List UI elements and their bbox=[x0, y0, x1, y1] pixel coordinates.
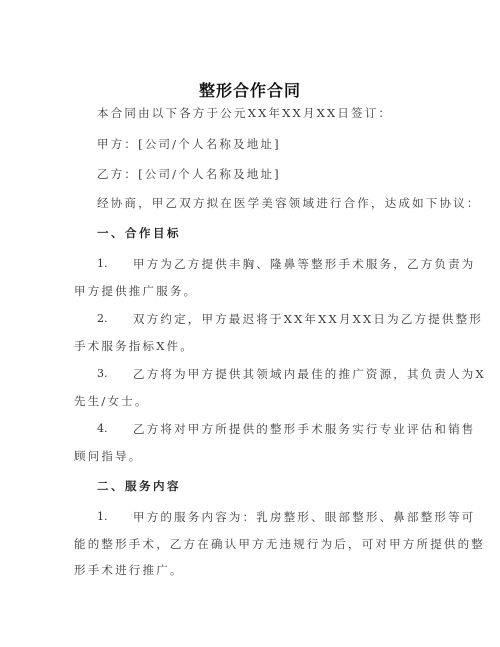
item-text-line: 乙方将为甲方提供其领域内最佳的推广资源，其负责人为X bbox=[133, 366, 486, 382]
item-text-line: 手术服务指标X件。 bbox=[74, 338, 194, 354]
party-a-text: 甲方：[公司/个人名称及地址] bbox=[97, 136, 281, 152]
item-text-line: 甲方提供推广服务。 bbox=[74, 283, 197, 299]
item-number: 2. bbox=[97, 312, 108, 325]
intro-text: 本合同由以下各方于公元XX年XX月XX日签订： bbox=[97, 105, 392, 121]
item-text-line: 双方约定，甲方最迟将于XX年XX月XX日为乙方提供整形 bbox=[133, 311, 483, 327]
item-text-line: 先生/女士。 bbox=[74, 393, 149, 409]
preamble-text: 经协商，甲乙双方拟在医学美容领域进行合作，达成如下协议： bbox=[97, 195, 481, 211]
item-text-line: 甲方为乙方提供丰胸、隆鼻等整形手术服务，乙方负责为 bbox=[133, 256, 476, 272]
item-number: 1. bbox=[97, 510, 108, 523]
document-title: 整形合作合同 bbox=[0, 78, 500, 101]
party-b-text: 乙方：[公司/个人名称及地址] bbox=[97, 166, 281, 182]
item-text-line: 能的整形手术，乙方在确认甲方无违规行为后，可对甲方所提供的整 bbox=[74, 536, 485, 552]
item-text-line: 甲方的服务内容为：乳房整形、眼部整形、鼻部整形等可 bbox=[133, 509, 476, 525]
item-text-line: 顾问指导。 bbox=[74, 448, 143, 464]
item-number: 4. bbox=[97, 422, 108, 435]
section-heading-2: 二、服务内容 bbox=[97, 478, 181, 494]
item-number: 3. bbox=[97, 367, 108, 380]
item-number: 1. bbox=[97, 257, 108, 270]
document-page: 整形合作合同 本合同由以下各方于公元XX年XX月XX日签订： 甲方：[公司/个人… bbox=[0, 0, 500, 647]
section-heading-1: 一、合作目标 bbox=[97, 225, 181, 241]
item-text-line: 乙方将对甲方所提供的整形手术服务实行专业评估和销售 bbox=[133, 421, 476, 437]
item-text-line: 形手术进行推广。 bbox=[74, 562, 184, 578]
